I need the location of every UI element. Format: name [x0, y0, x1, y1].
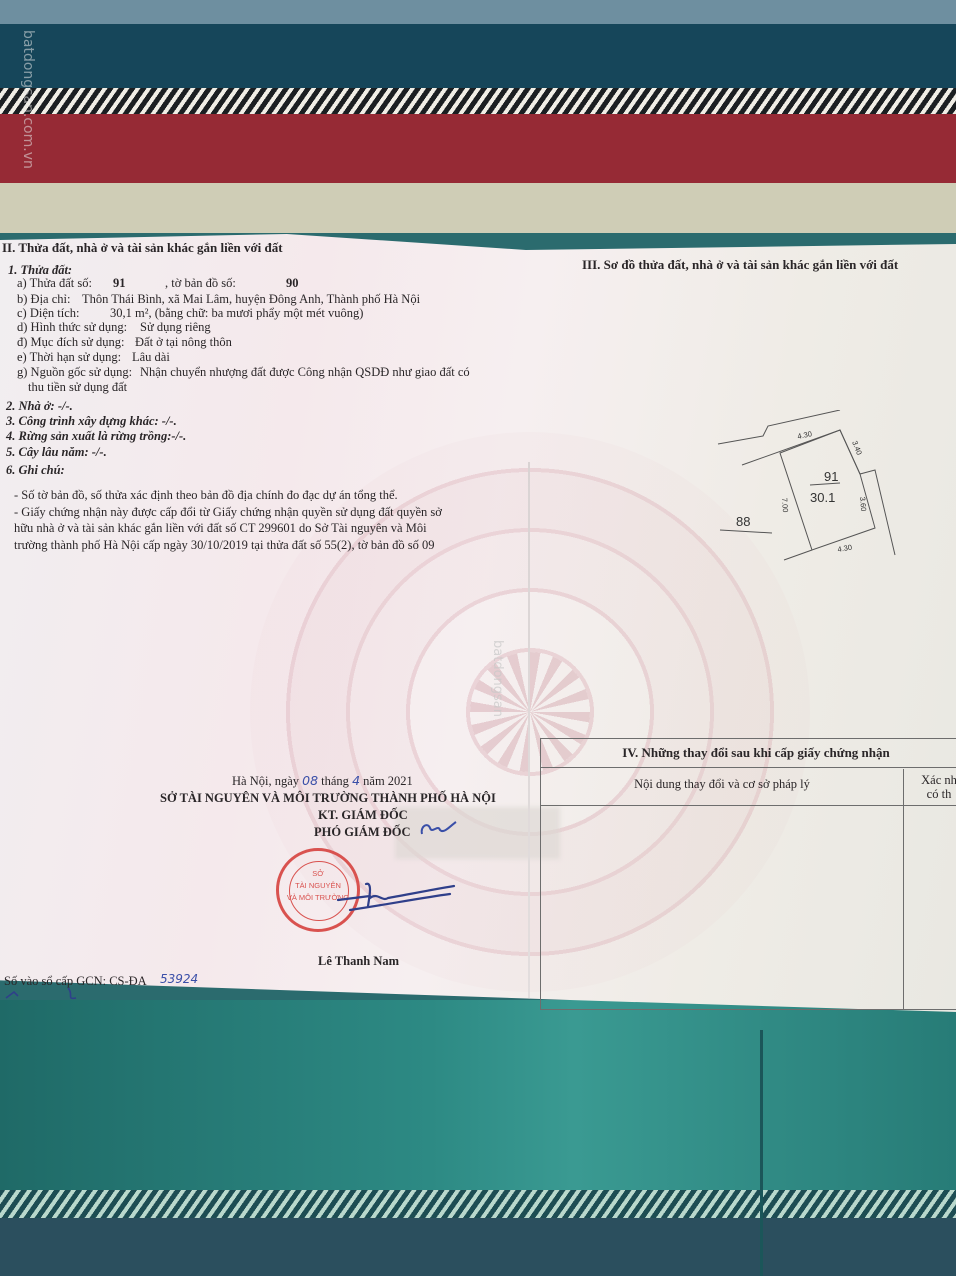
confirmation-column: Xác nh có th — [903, 769, 956, 1009]
changes-column-header: Nội dung thay đổi và cơ sở pháp lý — [541, 769, 903, 806]
on-behalf-title: KT. GIÁM ĐỐC — [318, 808, 408, 823]
background-band — [0, 1218, 956, 1276]
date-line: Hà Nội, ngày 08 tháng 4 năm 2021 — [232, 773, 413, 789]
usage-term-label: e) Thời hạn sử dụng: — [17, 350, 121, 365]
background-band — [0, 24, 956, 90]
fabric-fold — [760, 1030, 763, 1276]
address-value: Thôn Thái Bình, xã Mai Lâm, huyện Đông A… — [82, 292, 420, 307]
changes-table: IV. Những thay đổi sau khi cấp giấy chứn… — [540, 738, 956, 1010]
registry-number: 53924 — [160, 972, 198, 987]
area-value: 30,1 m², (bằng chữ: ba mươi phẩy một mét… — [110, 306, 363, 321]
initial-signature — [418, 818, 458, 840]
parcel-no-label: a) Thửa đất số: — [17, 276, 92, 291]
usage-origin-value-cont: thu tiền sử dụng đất — [28, 380, 127, 395]
note-2-line-2: hữu nhà ở và tài sản khác gắn liền với đ… — [14, 521, 427, 536]
perennial-trees-item: 5. Cây lâu năm: -/-. — [6, 445, 107, 460]
plot-parcel-no: 91 — [824, 469, 838, 484]
plot-edge-left: 7.00 — [780, 498, 790, 513]
usage-form-label: d) Hình thức sử dụng: — [17, 320, 127, 335]
section-ii-title: II. Thửa đất, nhà ở và tài sản khác gắn … — [2, 240, 283, 255]
signer-position: PHÓ GIÁM ĐỐC — [314, 825, 411, 840]
date-day: 08 — [302, 773, 318, 788]
parcel-diagram: 91 30.1 88 4.30 3.40 3.60 7.00 4.30 — [700, 410, 900, 590]
address-label: b) Địa chỉ: — [17, 292, 70, 307]
issuing-authority: SỞ TÀI NGUYÊN VÀ MÔI TRƯỜNG THÀNH PHỐ HÀ… — [160, 791, 496, 806]
production-forest-item: 4. Rừng sản xuất là rừng trồng:-/-. — [6, 429, 186, 444]
map-no-label: , tờ bản đồ số: — [165, 276, 236, 291]
map-no-value: 90 — [286, 276, 299, 291]
note-1: - Số tờ bản đồ, số thửa xác định theo bả… — [14, 488, 398, 503]
watermark-center: batdongsan — [490, 640, 505, 717]
notes-heading: 6. Ghi chú: — [6, 463, 65, 478]
usage-form-value: Sử dụng riêng — [140, 320, 211, 335]
watermark-left: batdongsan.com.vn — [20, 30, 36, 169]
note-2-line-1: - Giấy chứng nhận này được cấp đổi từ Gi… — [14, 505, 442, 520]
seal-text: SỞ — [279, 869, 357, 878]
section-iii-title: III. Sơ đồ thửa đất, nhà ở và tài sản kh… — [582, 257, 898, 272]
month-label: tháng — [321, 774, 349, 788]
confirmation-header-line-1: Xác nh — [904, 773, 956, 787]
note-2-line-3: trường thành phố Hà Nội cấp ngày 30/10/2… — [14, 538, 434, 553]
usage-term-value: Lâu dài — [132, 350, 170, 365]
usage-origin-value: Nhận chuyển nhượng đất được Công nhận QS… — [140, 365, 470, 380]
signature — [330, 878, 460, 918]
year-label: năm 2021 — [363, 774, 413, 788]
signer-name: Lê Thanh Nam — [318, 954, 399, 969]
date-month: 4 — [352, 773, 360, 788]
background-band — [0, 1000, 956, 1220]
plot-edge-bottom: 4.30 — [837, 543, 853, 554]
section-iv-title: IV. Những thay đổi sau khi cấp giấy chứn… — [541, 739, 956, 768]
date-prefix: Hà Nội, ngày — [232, 774, 299, 788]
usage-purpose-label: đ) Mục đích sử dụng: — [17, 335, 124, 350]
registry-initials — [4, 986, 94, 1004]
plot-neighbor: 88 — [736, 514, 750, 529]
plot-edge-right-lower: 3.60 — [858, 496, 868, 511]
usage-purpose-value: Đất ở tại nông thôn — [135, 335, 232, 350]
confirmation-header-line-2: có th — [904, 787, 956, 801]
confirmation-column-header: Xác nh có th — [904, 773, 956, 806]
background-stripe — [0, 88, 956, 116]
plot-edge-right-upper: 3.40 — [850, 439, 864, 456]
other-construction-item: 3. Công trình xây dựng khác: -/-. — [6, 414, 177, 429]
background-band — [0, 183, 956, 233]
plot-edge-top: 4.30 — [797, 429, 813, 441]
usage-origin-label: g) Nguồn gốc sử dụng: — [17, 365, 132, 380]
parcel-no-value: 91 — [113, 276, 126, 291]
background-stripe — [0, 1190, 956, 1220]
house-item: 2. Nhà ở: -/-. — [6, 399, 73, 414]
area-label: c) Diện tích: — [17, 306, 79, 321]
background-band — [0, 114, 956, 190]
plot-area: 30.1 — [810, 490, 835, 505]
